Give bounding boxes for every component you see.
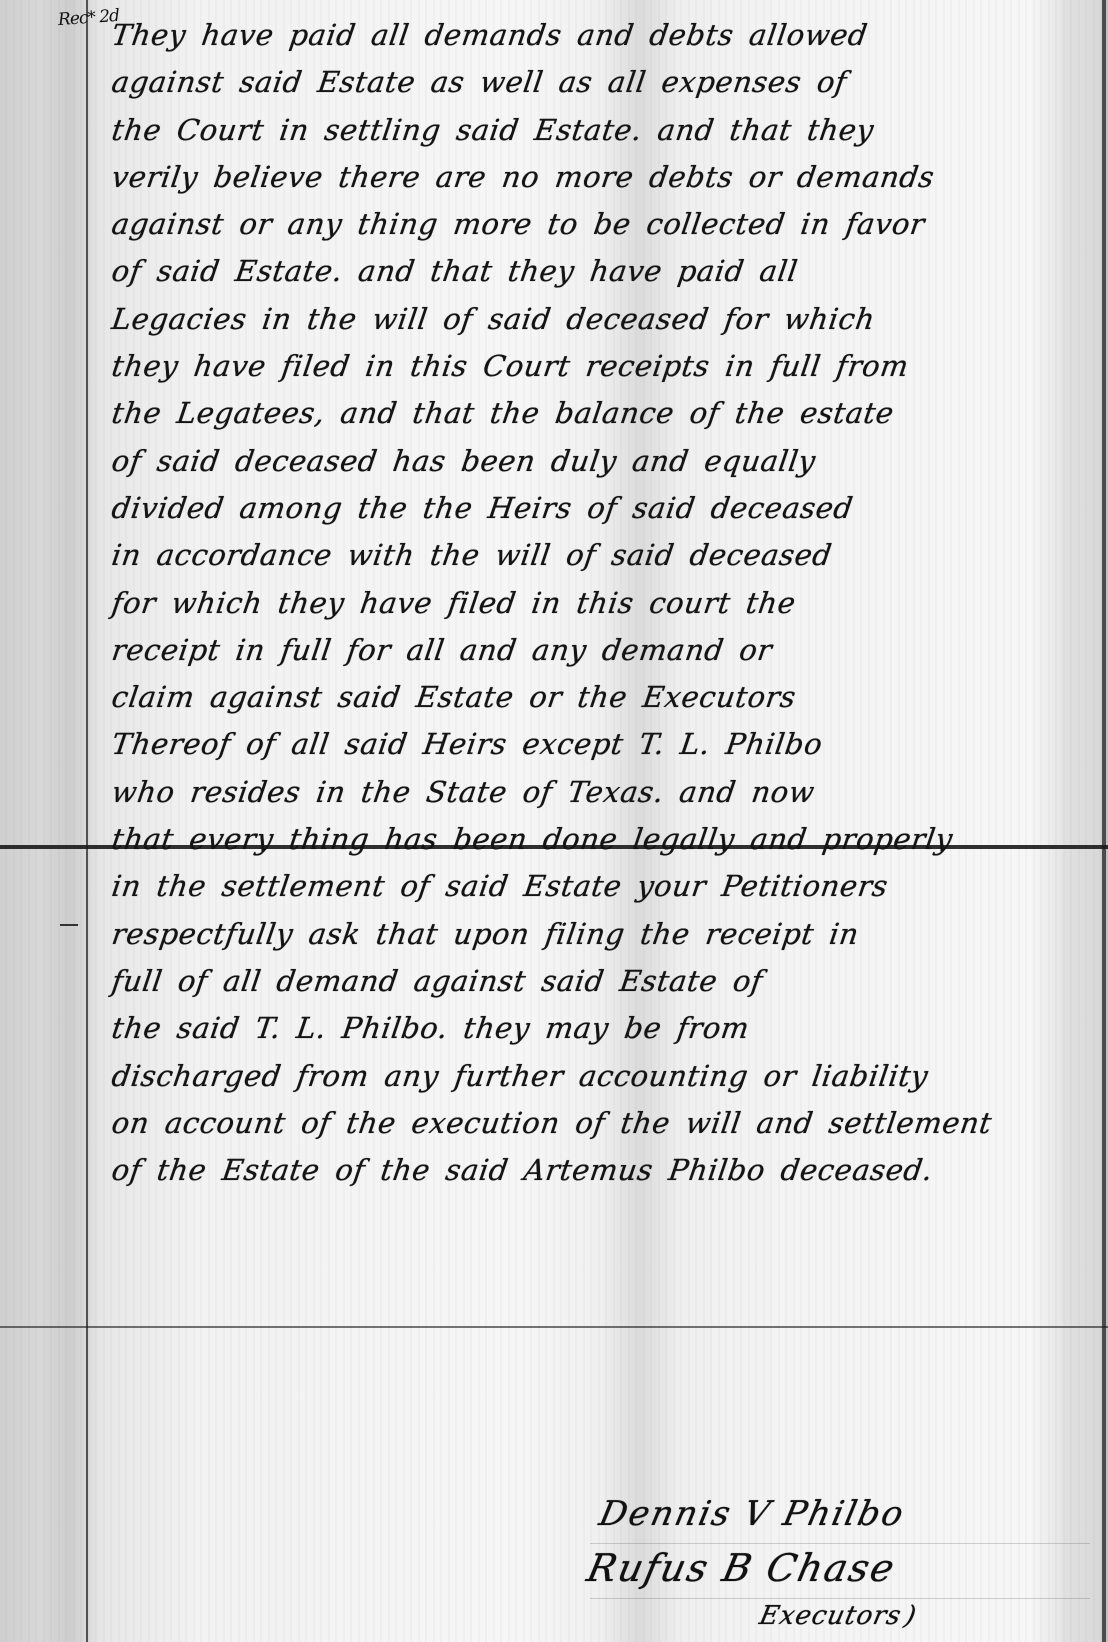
text-line: who resides in the State of Texas. and n… — [109, 769, 1076, 816]
page-right-edge — [1102, 0, 1106, 1642]
text-line: for which they have filed in this court … — [109, 580, 1076, 627]
text-line: that every thing has been done legally a… — [109, 816, 1076, 863]
text-line: on account of the execution of the will … — [109, 1100, 1076, 1147]
text-line: the Legatees, and that the balance of th… — [109, 390, 1076, 437]
text-line: Legacies in the will of said deceased fo… — [109, 296, 1076, 343]
left-margin-rule — [86, 0, 88, 1642]
margin-tick-mark — [60, 924, 78, 926]
text-line: in the settlement of said Estate your Pe… — [109, 863, 1076, 910]
text-line: against or any thing more to be collecte… — [109, 201, 1076, 248]
text-line: in accordance with the will of said dece… — [109, 532, 1076, 579]
horizontal-rule-line — [0, 1326, 1108, 1328]
text-line: of said deceased has been duly and equal… — [109, 438, 1076, 485]
signature-block: Dennis V Philbo Rufus B Chase Executors — [600, 1488, 1080, 1636]
text-line: the Court in settling said Estate. and t… — [109, 107, 1076, 154]
text-line: they have filed in this Court receipts i… — [109, 343, 1076, 390]
handwritten-body: They have paid all demands and debts all… — [112, 12, 1072, 1194]
text-line: Thereof of all said Heirs except T. L. P… — [109, 721, 1076, 768]
text-line: discharged from any further accounting o… — [109, 1053, 1076, 1100]
text-line: claim against said Estate or the Executo… — [109, 674, 1076, 721]
text-line: the said T. L. Philbo. they may be from — [109, 1005, 1076, 1052]
signature-dennis-v-philbo: Dennis V Philbo — [594, 1488, 1085, 1540]
text-line: verily believe there are no more debts o… — [109, 154, 1076, 201]
text-line: full of all demand against said Estate o… — [109, 958, 1076, 1005]
text-line: They have paid all demands and debts all… — [109, 12, 1076, 59]
text-line: receipt in full for all and any demand o… — [109, 627, 1076, 674]
scan-streak — [40, 0, 100, 1642]
margin-annotation: Rec* 2d — [57, 6, 119, 30]
signature-role-executors: Executors — [756, 1596, 1085, 1636]
text-line: of said Estate. and that they have paid … — [109, 248, 1076, 295]
signature-rufus-b-chase: Rufus B Chase — [582, 1540, 1086, 1596]
text-line: against said Estate as well as all expen… — [109, 59, 1076, 106]
document-page: Rec* 2d They have paid all demands and d… — [0, 0, 1108, 1642]
text-line: divided among the the Heirs of said dece… — [109, 485, 1076, 532]
text-line: respectfully ask that upon filing the re… — [109, 911, 1076, 958]
text-line: of the Estate of the said Artemus Philbo… — [109, 1147, 1076, 1194]
